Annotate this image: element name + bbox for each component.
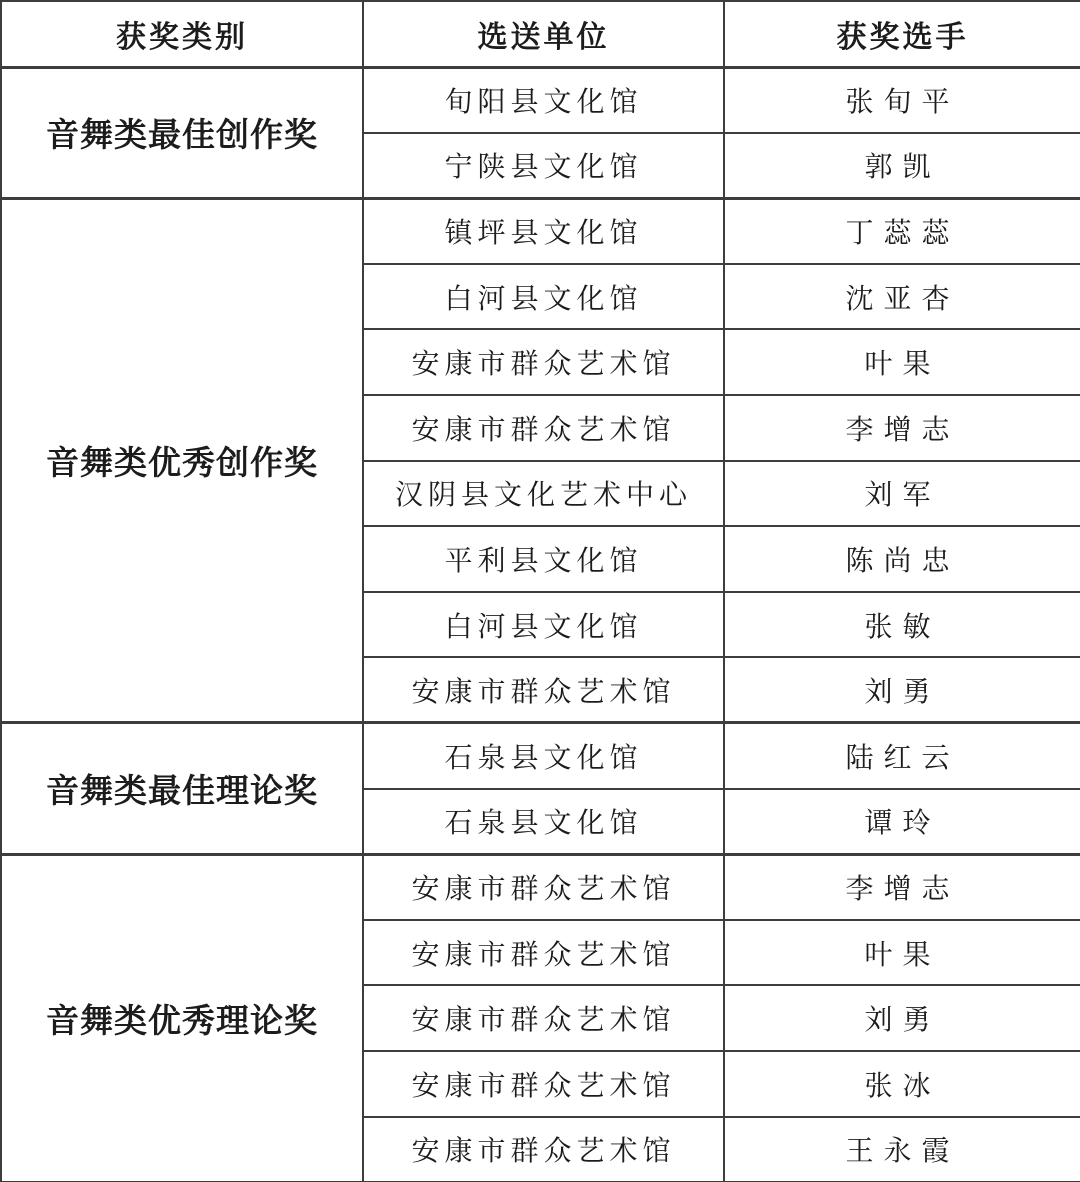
unit-cell: 安康市群众艺术馆 [363, 329, 724, 395]
unit-cell: 宁陕县文化馆 [363, 133, 724, 199]
col-header-winner: 获奖选手 [724, 1, 1080, 67]
winner-cell: 张旬平 [724, 67, 1080, 133]
winner-cell: 刘勇 [724, 657, 1080, 723]
table-row: 音舞类最佳创作奖 旬阳县文化馆 张旬平 [1, 67, 1080, 133]
unit-cell: 安康市群众艺术馆 [363, 854, 724, 920]
category-cell: 音舞类优秀创作奖 [1, 198, 363, 723]
table-row: 音舞类优秀理论奖 安康市群众艺术馆 李增志 [1, 854, 1080, 920]
winner-cell: 王永霞 [724, 1117, 1080, 1182]
winner-cell: 刘军 [724, 461, 1080, 527]
unit-cell: 安康市群众艺术馆 [363, 920, 724, 986]
winner-cell: 叶果 [724, 920, 1080, 986]
table-header: 获奖类别 选送单位 获奖选手 [1, 1, 1080, 67]
table-row: 音舞类优秀创作奖 镇坪县文化馆 丁蕊蕊 [1, 198, 1080, 264]
winner-cell: 刘勇 [724, 985, 1080, 1051]
winner-cell: 张敏 [724, 592, 1080, 658]
unit-cell: 旬阳县文化馆 [363, 67, 724, 133]
winner-cell: 叶果 [724, 329, 1080, 395]
table-row: 音舞类最佳理论奖 石泉县文化馆 陆红云 [1, 723, 1080, 789]
unit-cell: 石泉县文化馆 [363, 723, 724, 789]
unit-cell: 石泉县文化馆 [363, 789, 724, 855]
unit-cell: 白河县文化馆 [363, 264, 724, 330]
header-row: 获奖类别 选送单位 获奖选手 [1, 1, 1080, 67]
winner-cell: 郭凯 [724, 133, 1080, 199]
unit-cell: 安康市群众艺术馆 [363, 657, 724, 723]
winner-cell: 李增志 [724, 854, 1080, 920]
winner-cell: 谭玲 [724, 789, 1080, 855]
unit-cell: 镇坪县文化馆 [363, 198, 724, 264]
unit-cell: 汉阴县文化艺术中心 [363, 461, 724, 527]
unit-cell: 安康市群众艺术馆 [363, 1117, 724, 1182]
category-cell: 音舞类最佳创作奖 [1, 67, 363, 198]
award-table: 获奖类别 选送单位 获奖选手 音舞类最佳创作奖 旬阳县文化馆 张旬平 宁陕县文化… [0, 0, 1080, 1182]
winner-cell: 陆红云 [724, 723, 1080, 789]
col-header-unit: 选送单位 [363, 1, 724, 67]
winner-cell: 沈亚杏 [724, 264, 1080, 330]
winner-cell: 丁蕊蕊 [724, 198, 1080, 264]
unit-cell: 安康市群众艺术馆 [363, 1051, 724, 1117]
unit-cell: 平利县文化馆 [363, 526, 724, 592]
col-header-category: 获奖类别 [1, 1, 363, 67]
category-cell: 音舞类最佳理论奖 [1, 723, 363, 854]
winner-cell: 张冰 [724, 1051, 1080, 1117]
winner-cell: 陈尚忠 [724, 526, 1080, 592]
category-cell: 音舞类优秀理论奖 [1, 854, 363, 1182]
unit-cell: 白河县文化馆 [363, 592, 724, 658]
winner-cell: 李增志 [724, 395, 1080, 461]
unit-cell: 安康市群众艺术馆 [363, 985, 724, 1051]
unit-cell: 安康市群众艺术馆 [363, 395, 724, 461]
